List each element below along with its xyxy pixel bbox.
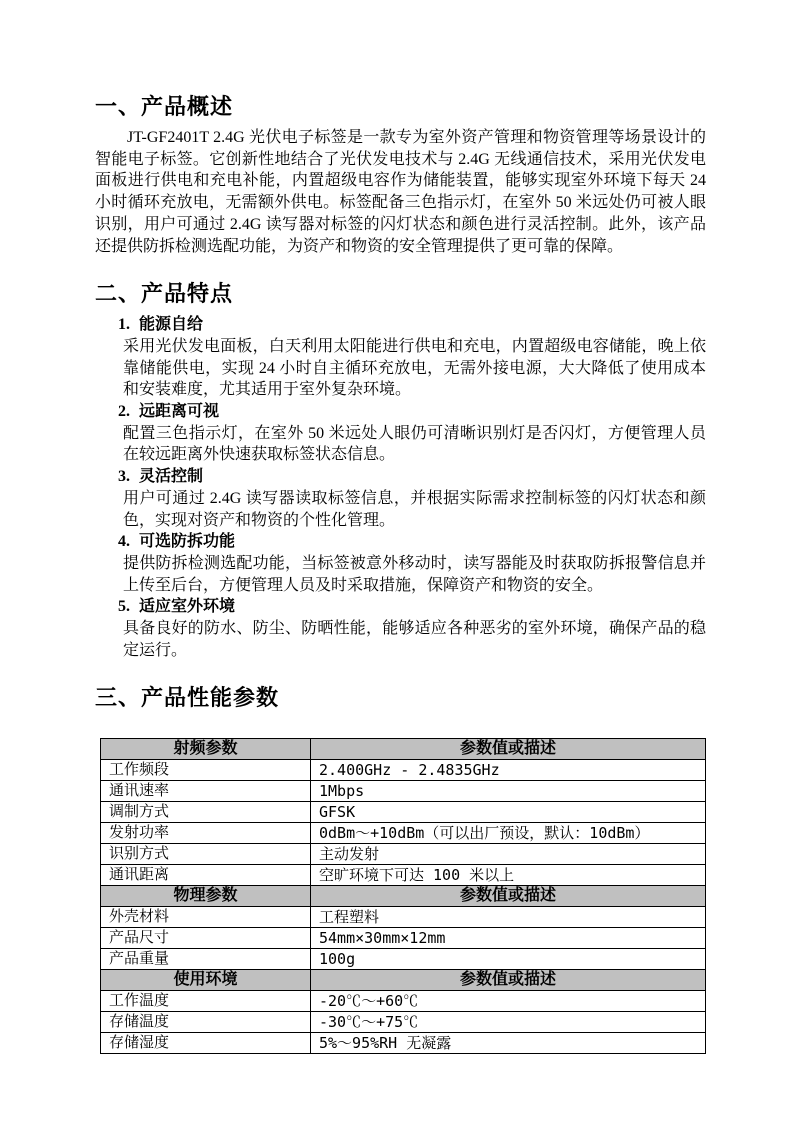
param-name-cell: 产品尺寸 (101, 928, 311, 949)
overview-paragraph: JT-GF2401T 2.4G 光伏电子标签是一款专为室外资产管理和物资管理等场… (95, 127, 706, 257)
group-name-cell: 使用环境 (101, 970, 311, 991)
value-header-cell: 参数值或描述 (311, 886, 706, 907)
feature-item: 5.适应室外环境 具备良好的防水、防尘、防晒性能，能够适应各种恶劣的室外环境，确… (95, 596, 706, 661)
table-group-header-row: 使用环境 参数值或描述 (101, 970, 706, 991)
table-row: 存储温度 -30℃～+75℃ (101, 1012, 706, 1033)
section-heading-overview: 一、产品概述 (95, 93, 706, 121)
feature-body: 提供防拆检测选配功能，当标签被意外移动时，读写器能及时获取防拆报警信息并上传至后… (95, 553, 706, 596)
table-row: 工作温度 -20℃～+60℃ (101, 991, 706, 1012)
param-value-cell: GFSK (311, 802, 706, 823)
param-value-cell: 100g (311, 949, 706, 970)
value-header-cell: 参数值或描述 (311, 739, 706, 760)
param-name-cell: 通讯速率 (101, 781, 311, 802)
table-row: 工作频段 2.400GHz - 2.4835GHz (101, 760, 706, 781)
feature-body: 配置三色指示灯，在室外 50 米远处人眼仍可清晰识别灯是否闪灯，方便管理人员在较… (95, 423, 706, 466)
param-name-cell: 存储湿度 (101, 1033, 311, 1054)
param-name-cell: 产品重量 (101, 949, 311, 970)
feature-body: 用户可通过 2.4G 读写器读取标签信息，并根据实际需求控制标签的闪灯状态和颜色… (95, 488, 706, 531)
table-group-header-row: 物理参数 参数值或描述 (101, 886, 706, 907)
feature-number: 1. (118, 314, 130, 336)
parameters-table: 射频参数 参数值或描述 工作频段 2.400GHz - 2.4835GHz 通讯… (100, 738, 706, 1054)
table-row: 发射功率 0dBm～+10dBm（可以出厂预设，默认：10dBm） (101, 823, 706, 844)
feature-number: 3. (118, 466, 130, 488)
table-row: 调制方式 GFSK (101, 802, 706, 823)
table-group-header-row: 射频参数 参数值或描述 (101, 739, 706, 760)
feature-heading: 3.灵活控制 (95, 466, 706, 488)
table-row: 通讯速率 1Mbps (101, 781, 706, 802)
param-value-cell: -20℃～+60℃ (311, 991, 706, 1012)
feature-title: 远距离可视 (139, 403, 219, 420)
feature-title: 灵活控制 (139, 468, 203, 485)
feature-item: 1.能源自给 采用光伏发电面板，白天利用太阳能进行供电和充电，内置超级电容储能，… (95, 314, 706, 401)
param-name-cell: 通讯距离 (101, 865, 311, 886)
feature-title: 适应室外环境 (139, 598, 235, 615)
feature-body: 具备良好的防水、防尘、防晒性能，能够适应各种恶劣的室外环境，确保产品的稳定运行。 (95, 618, 706, 661)
param-value-cell: 1Mbps (311, 781, 706, 802)
document-page: 一、产品概述 JT-GF2401T 2.4G 光伏电子标签是一款专为室外资产管理… (0, 0, 793, 1122)
feature-number: 4. (118, 531, 130, 553)
feature-title: 可选防拆功能 (139, 533, 235, 550)
feature-item: 2.远距离可视 配置三色指示灯，在室外 50 米远处人眼仍可清晰识别灯是否闪灯，… (95, 401, 706, 466)
feature-number: 5. (118, 596, 130, 618)
feature-heading: 4.可选防拆功能 (95, 531, 706, 553)
param-name-cell: 识别方式 (101, 844, 311, 865)
feature-body: 采用光伏发电面板，白天利用太阳能进行供电和充电，内置超级电容储能，晚上依靠储能供… (95, 336, 706, 401)
feature-item: 4.可选防拆功能 提供防拆检测选配功能，当标签被意外移动时，读写器能及时获取防拆… (95, 531, 706, 596)
table-row: 识别方式 主动发射 (101, 844, 706, 865)
param-name-cell: 发射功率 (101, 823, 311, 844)
param-value-cell: -30℃～+75℃ (311, 1012, 706, 1033)
feature-list: 1.能源自给 采用光伏发电面板，白天利用太阳能进行供电和充电，内置超级电容储能，… (95, 314, 706, 661)
param-name-cell: 工作频段 (101, 760, 311, 781)
feature-heading: 1.能源自给 (95, 314, 706, 336)
feature-heading: 5.适应室外环境 (95, 596, 706, 618)
param-value-cell: 0dBm～+10dBm（可以出厂预设，默认：10dBm） (311, 823, 706, 844)
param-value-cell: 54mm×30mm×12mm (311, 928, 706, 949)
param-value-cell: 主动发射 (311, 844, 706, 865)
param-value-cell: 空旷环境下可达 100 米以上 (311, 865, 706, 886)
table-row: 通讯距离 空旷环境下可达 100 米以上 (101, 865, 706, 886)
group-name-cell: 射频参数 (101, 739, 311, 760)
table-row: 产品尺寸 54mm×30mm×12mm (101, 928, 706, 949)
feature-title: 能源自给 (139, 316, 203, 333)
param-value-cell: 工程塑料 (311, 907, 706, 928)
param-name-cell: 存储温度 (101, 1012, 311, 1033)
param-name-cell: 工作温度 (101, 991, 311, 1012)
param-value-cell: 2.400GHz - 2.4835GHz (311, 760, 706, 781)
table-row: 产品重量 100g (101, 949, 706, 970)
param-name-cell: 外壳材料 (101, 907, 311, 928)
value-header-cell: 参数值或描述 (311, 970, 706, 991)
feature-number: 2. (118, 401, 130, 423)
feature-heading: 2.远距离可视 (95, 401, 706, 423)
feature-item: 3.灵活控制 用户可通过 2.4G 读写器读取标签信息，并根据实际需求控制标签的… (95, 466, 706, 531)
section-heading-features: 二、产品特点 (95, 280, 706, 308)
param-name-cell: 调制方式 (101, 802, 311, 823)
section-heading-parameters: 三、产品性能参数 (95, 684, 706, 712)
param-value-cell: 5%～95%RH 无凝露 (311, 1033, 706, 1054)
group-name-cell: 物理参数 (101, 886, 311, 907)
table-row: 存储湿度 5%～95%RH 无凝露 (101, 1033, 706, 1054)
table-row: 外壳材料 工程塑料 (101, 907, 706, 928)
